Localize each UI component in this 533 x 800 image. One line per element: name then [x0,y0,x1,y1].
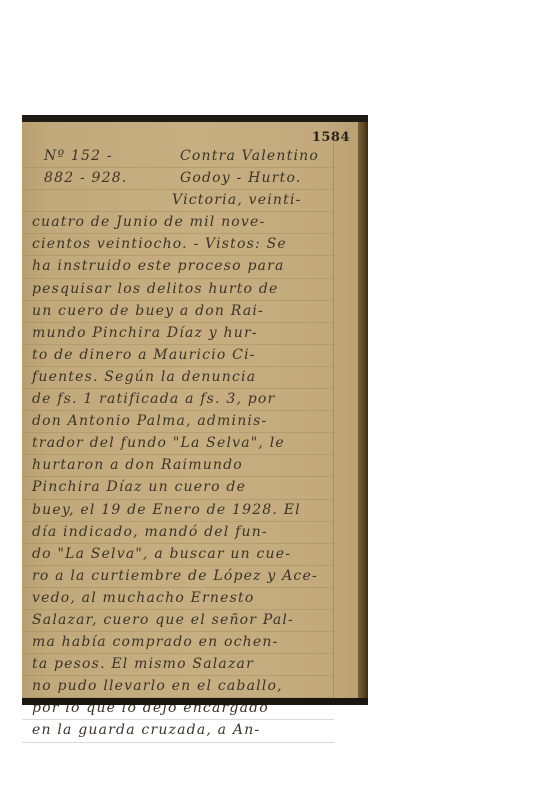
body-line: cuatro de Junio de mil nove- [22,212,334,234]
body-line: to de dinero a Mauricio Ci- [22,345,334,367]
place-date: Victoria, veinti- [172,190,302,210]
body-line: pesquisar los delitos hurto de [22,279,334,301]
scanned-document-page: 1584 Nº 152 - Contra Valentino 882 - 928… [22,115,368,705]
party-name: Contra Valentino [180,146,319,166]
body-line: cientos veintiocho. - Vistos: Se [22,234,334,256]
body-line: fuentes. Según la denuncia [22,367,334,389]
body-line: don Antonio Palma, adminis- [22,411,334,433]
page-edge [358,122,368,698]
body-line: do "La Selva", a buscar un cue- [22,544,334,566]
body-line: buey, el 19 de Enero de 1928. El [22,500,334,522]
header-line-2: 882 - 928. Godoy - Hurto. [22,168,334,190]
body-line: Pinchira Díaz un cuero de [22,477,334,499]
body-line: trador del fundo "La Selva", le [22,433,334,455]
body-line: un cuero de buey a don Rai- [22,301,334,323]
body-line: de fs. 1 ratificada a fs. 3, por [22,389,334,411]
case-number: Nº 152 - [44,146,113,166]
handwritten-text: Nº 152 - Contra Valentino 882 - 928. God… [22,146,334,743]
body-line: no pudo llevarlo en el caballo, [22,676,334,698]
body-line: hurtaron a don Raimundo [22,455,334,477]
body-line: ha instruido este proceso para [22,256,334,278]
scan-bottom-border [22,698,368,705]
header-line-3: Victoria, veinti- [22,190,334,212]
party-charge: Godoy - Hurto. [180,168,302,188]
page-number: 1584 [312,130,350,145]
body-line: día indicado, mandó del fun- [22,522,334,544]
ledger-page: 1584 Nº 152 - Contra Valentino 882 - 928… [22,122,358,698]
body-line: mundo Pinchira Díaz y hur- [22,323,334,345]
body-line: en la guarda cruzada, a An- [22,720,334,742]
body-line: Salazar, cuero que el señor Pal- [22,610,334,632]
body-line: ma había comprado en ochen- [22,632,334,654]
header-line-1: Nº 152 - Contra Valentino [22,146,334,168]
file-reference: 882 - 928. [44,168,128,188]
body-line: ro a la curtiembre de López y Ace- [22,566,334,588]
body-line: ta pesos. El mismo Salazar [22,654,334,676]
body-line: vedo, al muchacho Ernesto [22,588,334,610]
